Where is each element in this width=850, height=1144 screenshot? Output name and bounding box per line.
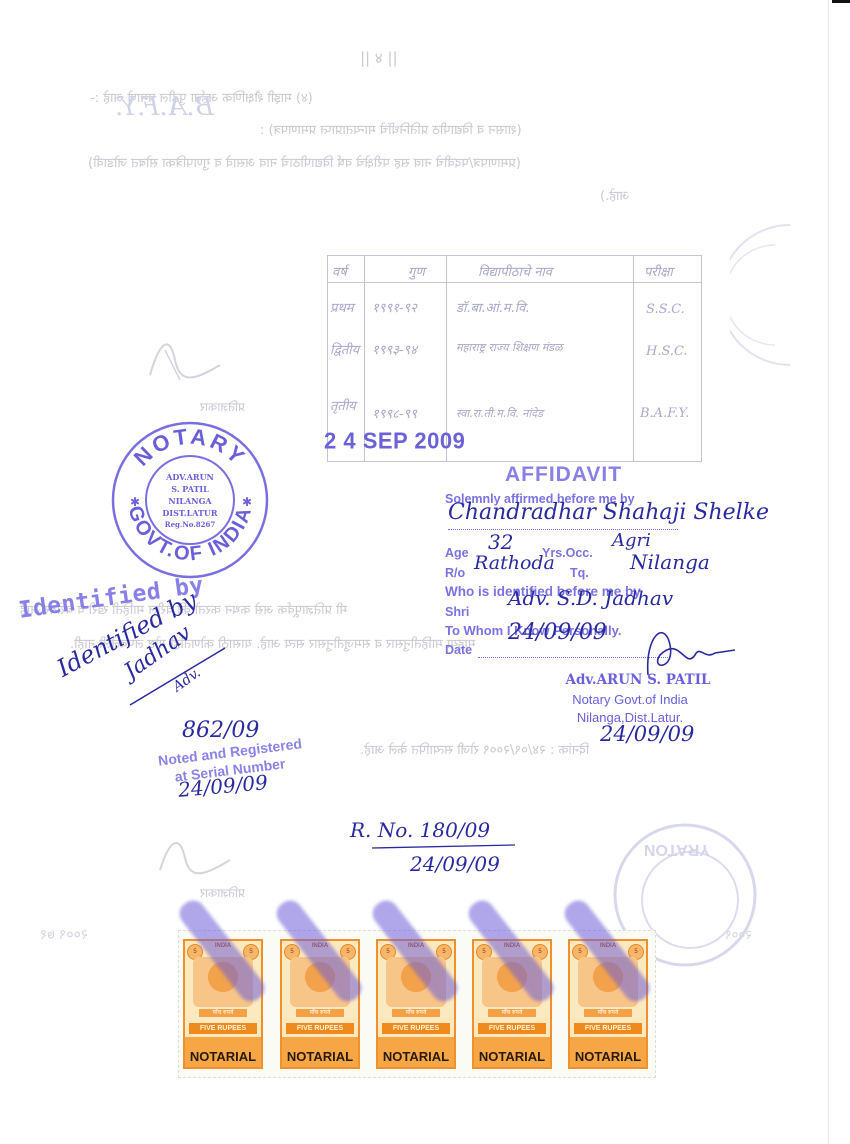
stamp-denomination: FIVE RUPEES <box>574 1023 642 1034</box>
shri-label: Shri <box>445 605 469 619</box>
svg-text:YRATON: YRATON <box>644 841 710 858</box>
stamp-label: NOTARIAL <box>570 1049 646 1064</box>
notarial-stamp-strip: INDIA55पाँच रुपयेFIVE RUPEESNOTARIALINDI… <box>178 930 656 1078</box>
table-cell: S.S.C. <box>646 302 685 317</box>
scan-corner-mark <box>832 0 850 3</box>
table-header: गुण <box>408 262 425 280</box>
table-cell: तृतीय <box>330 396 356 414</box>
notary-name: Adv.ARUN S. PATIL <box>538 672 738 688</box>
age-label: Age <box>445 546 469 560</box>
page-edge <box>828 0 829 1144</box>
svg-text:✱: ✱ <box>242 495 252 509</box>
stamp-label: NOTARIAL <box>282 1049 358 1064</box>
age-handwritten: 32 <box>488 530 513 554</box>
taluka-handwritten: Nilanga <box>630 550 710 574</box>
ro-label: R/o <box>445 566 465 580</box>
svg-text:Reg.No.8267: Reg.No.8267 <box>165 520 216 529</box>
affidavit-title: AFFIDAVIT <box>505 463 622 487</box>
stamp-hindi-denomination: पाँच रुपये <box>392 1009 440 1017</box>
table-header: विद्यापीठाचे नाव <box>478 262 552 280</box>
notary-seal-icon: NOTARY GOVT.OF INDIA ✱ ✱ ADV.ARUN S. PAT… <box>110 420 270 580</box>
table-cell: द्वितीय <box>330 340 359 358</box>
ghost-signature-label: प्रतिज्ञाकार <box>200 884 245 901</box>
ghost-line: (शासन व विद्यापीठ प्रतिनिधींचे मान्यताप्… <box>260 120 650 138</box>
date-label: Date <box>445 643 472 657</box>
stamp-hindi-denomination: पाँच रुपये <box>488 1009 536 1017</box>
table-cell: B.A.F.Y. <box>640 406 689 421</box>
stamp-hindi-denomination: पाँच रुपये <box>584 1009 632 1017</box>
table-cell: प्रथम <box>330 298 353 316</box>
ghost-lower-line: दिनांक : २४/०९/२००९ रोजी सत्यापित केले आ… <box>360 740 589 758</box>
underline-stroke <box>125 640 235 710</box>
date-stamp: 2 4 SEP 2009 <box>324 427 465 454</box>
stamp-hindi-denomination: पाँच रुपये <box>296 1009 344 1017</box>
date-handwritten: 24/09/09 <box>508 620 607 645</box>
table-cell: महाराष्ट्र राज्य शिक्षण मंडळ <box>456 340 563 355</box>
stamp-label: NOTARIAL <box>378 1049 454 1064</box>
occupation-handwritten: Agri <box>612 530 651 551</box>
taluka-label: Tq. <box>570 566 589 580</box>
serial-number-handwritten: 862/09 <box>182 718 259 743</box>
residence-handwritten: Rathoda <box>474 552 555 574</box>
register-number-handwritten: R. No. 180/09 <box>350 818 490 842</box>
stamp-denomination: FIVE RUPEES <box>478 1023 546 1034</box>
table-cell: डॉ.बा.आं.म.वि. <box>456 298 529 316</box>
stamp-label: NOTARIAL <box>185 1049 261 1064</box>
table-cell: १९९८-९९ <box>372 404 417 422</box>
stamp-denomination: FIVE RUPEES <box>189 1023 257 1034</box>
table-cell: १९९१-९२ <box>372 298 417 316</box>
ghost-line: आहे.) <box>600 186 629 204</box>
ghost-signature-icon <box>140 330 230 390</box>
register-date-handwritten: 24/09/09 <box>410 852 500 876</box>
identifier-handwritten: Adv. S.D. Jadhav <box>508 586 673 610</box>
table-header: वर्ष <box>332 262 347 280</box>
notary-date-handwritten: 24/09/09 <box>600 722 694 746</box>
ghost-seal-icon <box>730 220 800 370</box>
svg-text:ADV.ARUN: ADV.ARUN <box>165 472 214 482</box>
stamp-hindi-denomination: पाँच रुपये <box>199 1009 247 1017</box>
notary-title: Notary Govt.of India <box>530 692 730 707</box>
stamp-denomination: FIVE RUPEES <box>382 1023 450 1034</box>
ghost-date-note: २००९ <box>725 925 752 943</box>
svg-text:✱: ✱ <box>130 495 140 509</box>
underline-stroke <box>370 842 520 852</box>
table-cell: १९९३-९४ <box>372 340 417 358</box>
ghost-signature-label: प्रतिज्ञाकार <box>200 398 245 415</box>
svg-text:DIST.LATUR: DIST.LATUR <box>162 508 217 518</box>
table-cell: H.S.C. <box>646 344 688 359</box>
table-cell: स्वा.रा.ती.म.वि. नांदेड <box>456 406 543 421</box>
ghost-handwriting: B.A.F.Y. <box>115 92 214 122</box>
stamp-denomination: FIVE RUPEES <box>286 1023 354 1034</box>
ghost-line: (प्रमाणपत्र/पदवीचे नाव सह परीक्षेचे वर्ष… <box>88 153 648 171</box>
table-header: परीक्षा <box>644 262 673 280</box>
svg-text:NILANGA: NILANGA <box>168 496 212 506</box>
ghost-signature-icon <box>150 830 240 880</box>
svg-text:NOTARY: NOTARY <box>129 423 252 470</box>
ghost-page-number: || ४ || <box>360 48 398 68</box>
svg-text:S. PATIL: S. PATIL <box>171 484 209 494</box>
stamp-label: NOTARIAL <box>474 1049 550 1064</box>
ghost-date-note: २००९ ७१ <box>40 925 88 944</box>
affiant-name-handwritten: Chandradhar Shahaji Shelke <box>448 500 769 525</box>
